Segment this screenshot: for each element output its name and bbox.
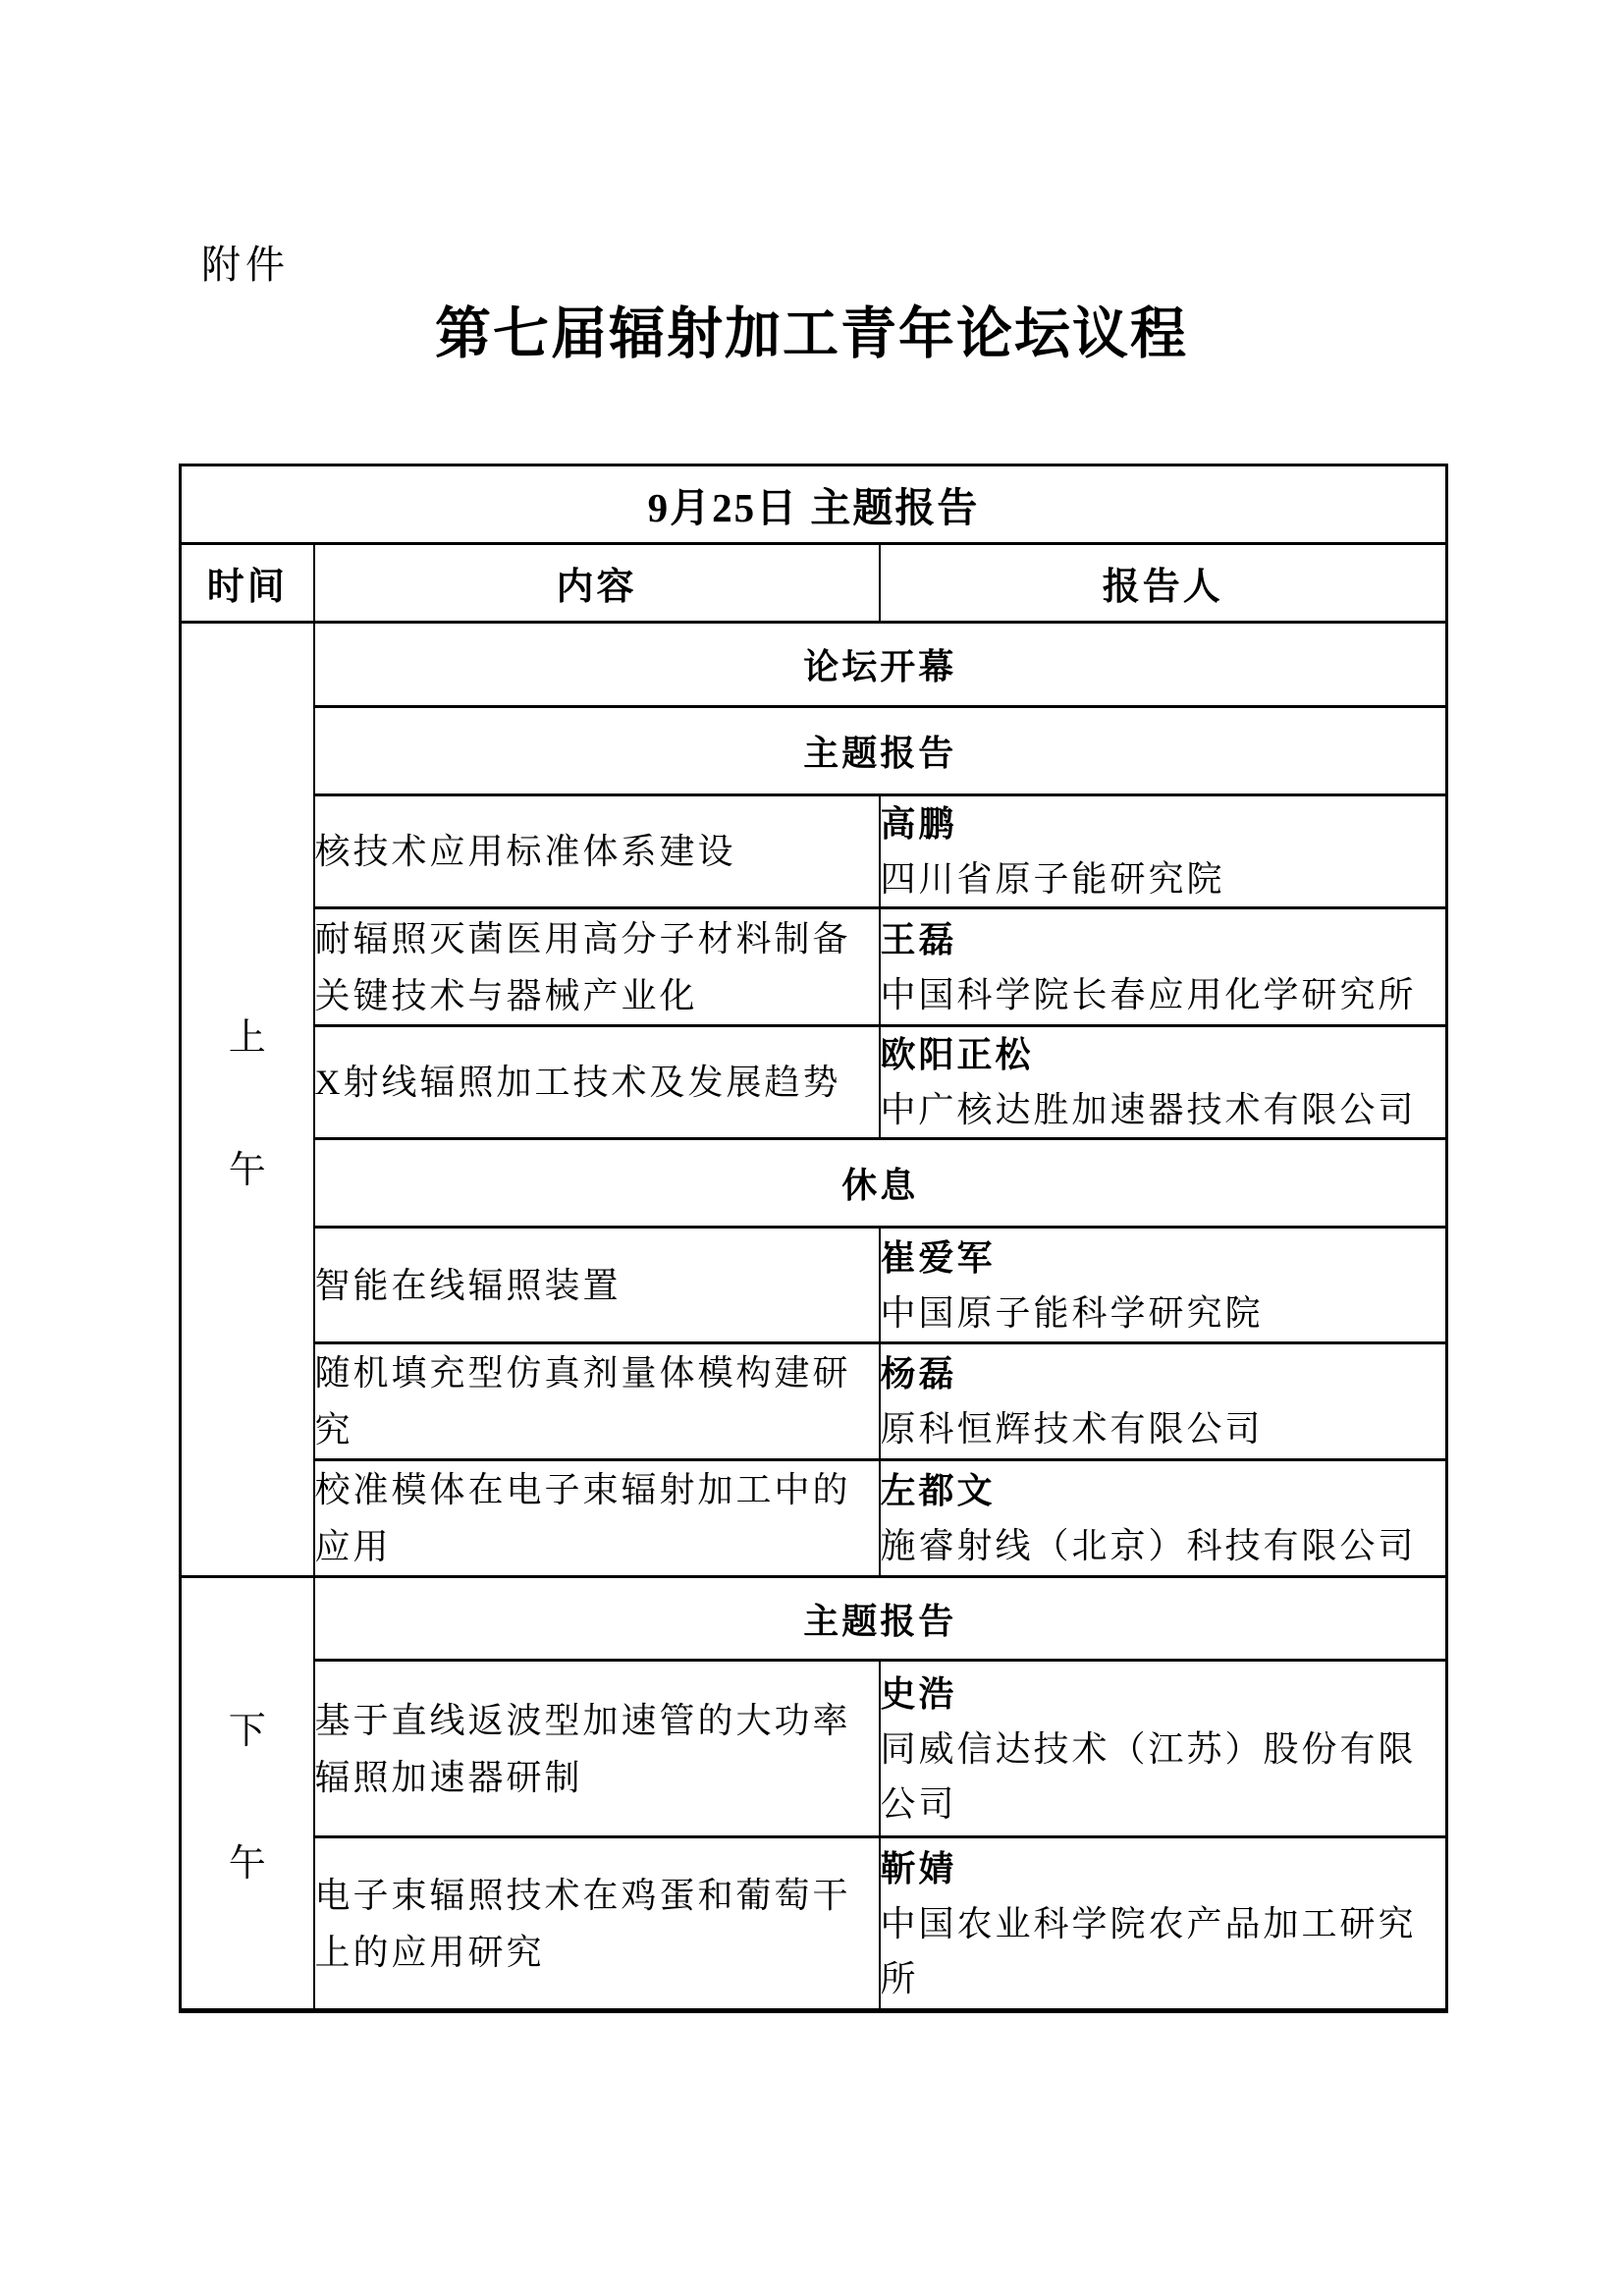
talk-speaker-cell: 崔爱军 中国原子能科学研究院	[880, 1228, 1447, 1343]
section-cell-keynote-am: 主题报告	[314, 707, 1447, 795]
talk-content: X射线辐照加工技术及发展趋势	[314, 1026, 880, 1139]
speaker-org: 施睿射线（北京）科技有限公司	[881, 1518, 1446, 1573]
talk-row: 电子束辐照技术在鸡蛋和葡萄干上的应用研究 靳婧 中国农业科学院农产品加工研究所	[181, 1837, 1447, 2011]
speaker-org: 四川省原子能研究院	[881, 851, 1446, 906]
talk-speaker-cell: 左都文 施睿射线（北京）科技有限公司	[880, 1460, 1447, 1577]
time-afternoon-char-bottom: 午	[229, 1832, 266, 1886]
speaker-name: 左都文	[881, 1463, 1446, 1518]
time-morning-char-bottom: 午	[229, 1139, 266, 1193]
time-label-afternoon: 下 午	[182, 1700, 313, 1886]
talk-speaker-cell: 杨磊 原科恒辉技术有限公司	[880, 1343, 1447, 1460]
time-morning-char-top: 上	[229, 1007, 266, 1061]
talk-speaker-cell: 史浩 同威信达技术（江苏）股份有限公司	[880, 1661, 1447, 1837]
talk-row: 校准模体在电子束辐射加工中的应用 左都文 施睿射线（北京）科技有限公司	[181, 1460, 1447, 1577]
time-cell-morning: 上 午	[181, 623, 314, 1577]
agenda-table: 9月25日 主题报告 时间 内容 报告人 上 午 论坛开幕 主题报告 核技术应用…	[179, 464, 1448, 2013]
talk-row: 耐辐照灭菌医用高分子材料制备关键技术与器械产业化 王磊 中国科学院长春应用化学研…	[181, 908, 1447, 1026]
talk-content: 电子束辐照技术在鸡蛋和葡萄干上的应用研究	[314, 1837, 880, 2011]
talk-content: 智能在线辐照装置	[314, 1228, 880, 1343]
speaker-name: 靳婧	[881, 1841, 1446, 1896]
document-title: 第七届辐射加工青年论坛议程	[0, 301, 1623, 369]
agenda-table-container: 9月25日 主题报告 时间 内容 报告人 上 午 论坛开幕 主题报告 核技术应用…	[179, 464, 1448, 2013]
speaker-name: 欧阳正松	[881, 1027, 1446, 1082]
speaker-org: 中国农业科学院农产品加工研究所	[881, 1896, 1446, 2006]
speaker-name: 杨磊	[881, 1346, 1446, 1401]
time-label-morning: 上 午	[182, 1007, 313, 1193]
talk-content: 随机填充型仿真剂量体模构建研究	[314, 1343, 880, 1460]
speaker-org: 同威信达技术（江苏）股份有限公司	[881, 1722, 1446, 1831]
talk-speaker-cell: 靳婧 中国农业科学院农产品加工研究所	[880, 1837, 1447, 2011]
section-cell-break: 休息	[314, 1139, 1447, 1228]
talk-content: 核技术应用标准体系建设	[314, 795, 880, 908]
talk-content: 耐辐照灭菌医用高分子材料制备关键技术与器械产业化	[314, 908, 880, 1026]
column-header-content: 内容	[314, 544, 880, 623]
talk-row: 随机填充型仿真剂量体模构建研究 杨磊 原科恒辉技术有限公司	[181, 1343, 1447, 1460]
speaker-name: 史浩	[881, 1667, 1446, 1722]
speaker-name: 崔爱军	[881, 1230, 1446, 1285]
talk-content: 校准模体在电子束辐射加工中的应用	[314, 1460, 880, 1577]
speaker-org: 原科恒辉技术有限公司	[881, 1401, 1446, 1456]
talk-speaker-cell: 王磊 中国科学院长春应用化学研究所	[880, 908, 1447, 1026]
speaker-org: 中广核达胜加速器技术有限公司	[881, 1082, 1446, 1137]
column-header-row: 时间 内容 报告人	[181, 544, 1447, 623]
talk-speaker-cell: 欧阳正松 中广核达胜加速器技术有限公司	[880, 1026, 1447, 1139]
talk-row: X射线辐照加工技术及发展趋势 欧阳正松 中广核达胜加速器技术有限公司	[181, 1026, 1447, 1139]
talk-row: 基于直线返波型加速管的大功率辐照加速器研制 史浩 同威信达技术（江苏）股份有限公…	[181, 1661, 1447, 1837]
column-header-speaker: 报告人	[880, 544, 1447, 623]
speaker-org: 中国科学院长春应用化学研究所	[881, 967, 1446, 1022]
talk-row: 智能在线辐照装置 崔爱军 中国原子能科学研究院	[181, 1228, 1447, 1343]
talk-content: 基于直线返波型加速管的大功率辐照加速器研制	[314, 1661, 880, 1837]
time-cell-afternoon: 下 午	[181, 1577, 314, 2011]
talk-speaker-cell: 高鹏 四川省原子能研究院	[880, 795, 1447, 908]
speaker-name: 王磊	[881, 912, 1446, 967]
section-cell-keynote-pm: 主题报告	[314, 1577, 1447, 1661]
attachment-label: 附件	[201, 234, 290, 290]
session-header-row: 9月25日 主题报告	[181, 465, 1447, 544]
section-cell-opening: 论坛开幕	[314, 623, 1447, 707]
speaker-org: 中国原子能科学研究院	[881, 1285, 1446, 1340]
section-row-keynote-pm: 下 午 主题报告	[181, 1577, 1447, 1661]
session-header-cell: 9月25日 主题报告	[181, 465, 1447, 544]
section-row-opening: 上 午 论坛开幕	[181, 623, 1447, 707]
column-header-time: 时间	[181, 544, 314, 623]
section-row-break: 休息	[181, 1139, 1447, 1228]
speaker-name: 高鹏	[881, 796, 1446, 851]
section-row-keynote-am: 主题报告	[181, 707, 1447, 795]
talk-row: 核技术应用标准体系建设 高鹏 四川省原子能研究院	[181, 795, 1447, 908]
time-afternoon-char-top: 下	[229, 1700, 266, 1754]
